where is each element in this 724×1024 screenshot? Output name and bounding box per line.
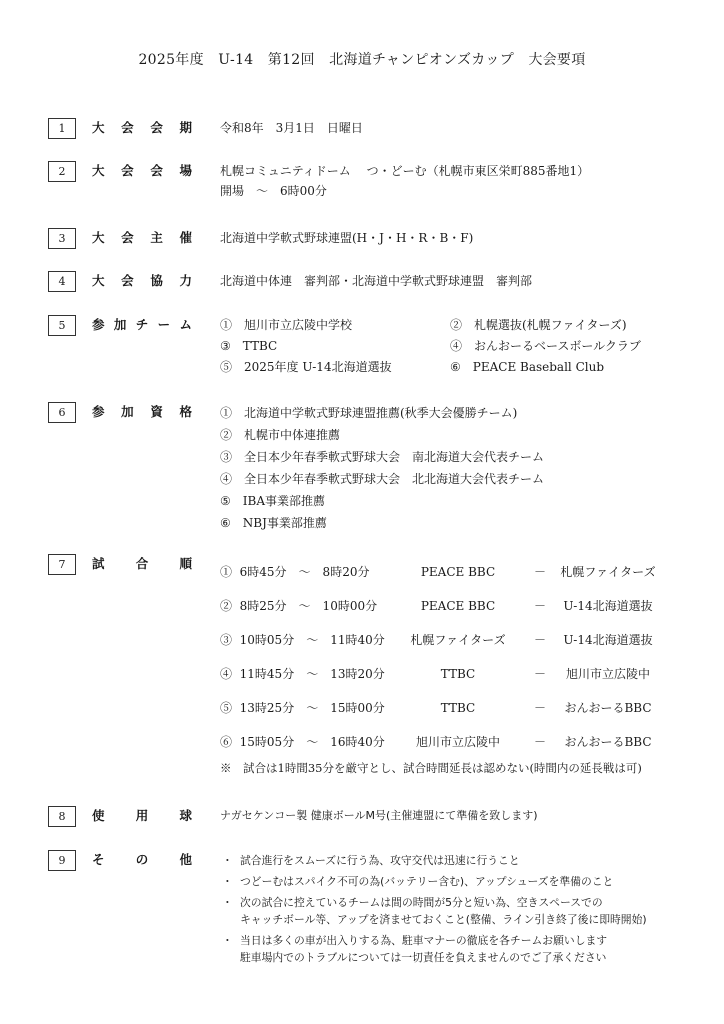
label-char: 催 [179,228,192,248]
team-item: ① 旭川市立広陵中学校 [220,315,450,336]
home-team: TTBC [408,664,508,684]
label-char: 主 [150,228,163,248]
label-char: 協 [150,271,163,291]
away-team: 旭川市立広陵中 [558,664,658,684]
label-char: 加 [121,402,134,422]
section-number: 2 [48,161,76,182]
section-number: 3 [48,228,76,249]
versus-dash: － [530,596,550,616]
label-char: 使 [92,806,105,826]
section-label: 参 加 資 格 [92,402,192,422]
label-char: 会 [121,228,134,248]
section-label: そ の 他 [92,850,192,870]
away-team: U-14北海道選抜 [558,596,658,616]
label-char: 順 [179,554,192,574]
bullet-icon: ・ [222,852,240,869]
game-time: ① 6時45分 ～ 8時20分 [220,562,369,582]
team-row: ⑤ 2025年度 U-14北海道選抜 ⑥ PEACE Baseball Club [220,357,641,378]
label-char: 格 [179,402,192,422]
label-char: 会 [150,161,163,181]
list-item: ・ 試合進行をスムーズに行う為、攻守交代は迅速に行うこと [222,852,647,869]
game-time: ③ 10時05分 ～ 11時40分 [220,630,385,650]
label-char: 大 [92,161,105,181]
list-item: ・ 次の試合に控えているチームは間の時間が5分と短い為、空きスペースでの キャッ… [222,894,647,928]
section-label: 参 加 チ ー ム [92,315,192,335]
label-char: そ [92,850,105,870]
section-label: 試 合 順 [92,554,192,574]
label-char: 加 [114,315,127,335]
label-char: 球 [179,806,192,826]
list-item: ・ 当日は多くの車が出入りする為、駐車マナーの徹底を各チームお願いします 駐車場… [222,932,647,966]
eligibility-item: ② 札幌市中体連推薦 [220,424,544,446]
list-item: ・ つどーむはスパイク不可の為(バッテリー含む)、アップシューズを準備のこと [222,873,647,890]
team-item: ② 札幌選抜(札幌ファイターズ) [450,315,627,336]
team-row: ① 旭川市立広陵中学校 ② 札幌選抜(札幌ファイターズ) [220,315,641,336]
team-item: ④ おんおーるベースボールクラブ [450,336,641,357]
ball-info: ナガセケンコー製 健康ボールM号(主催連盟にて準備を致します) [220,806,538,826]
section-content: 北海道中体連 審判部・北海道中学軟式野球連盟 審判部 [220,271,532,291]
venue-address: 札幌コミュニティドーム つ・どーむ（札幌市東区栄町885番地1） [220,161,589,181]
label-char: の [136,850,149,870]
home-team: PEACE BBC [408,562,508,582]
label-char: 会 [121,118,134,138]
cooperation-text: 北海道中体連 審判部・北海道中学軟式野球連盟 審判部 [220,271,532,291]
section-number: 9 [48,850,76,871]
label-char: 試 [92,554,105,574]
label-char: 場 [179,161,192,181]
away-team: おんおーるBBC [558,732,658,752]
versus-dash: － [530,630,550,650]
label-char: 合 [136,554,149,574]
section-number: 5 [48,315,76,336]
section-number: 1 [48,118,76,139]
section-content: 北海道中学軟式野球連盟(H・J・H・R・B・F) [220,228,473,248]
team-row: ③ TTBC ④ おんおーるベースボールクラブ [220,336,641,357]
section-number: 8 [48,806,76,827]
section-content: ナガセケンコー製 健康ボールM号(主催連盟にて準備を致します) [220,806,538,826]
away-team: 札幌ファイターズ [558,562,658,582]
label-char: 大 [92,271,105,291]
section-number: 6 [48,402,76,423]
bullet-icon: ・ [222,873,240,890]
opening-time: 開場 ～ 6時00分 [220,181,589,201]
team-list: ① 旭川市立広陵中学校 ② 札幌選抜(札幌ファイターズ) ③ TTBC ④ おん… [220,315,641,378]
label-char: 大 [92,228,105,248]
section-label: 大 会 主 催 [92,228,192,248]
eligibility-item: ⑥ NBJ事業部推薦 [220,512,544,534]
label-char: 用 [136,806,149,826]
versus-dash: － [530,698,550,718]
label-char: 会 [150,118,163,138]
home-team: 旭川市立広陵中 [408,732,508,752]
bullet-icon: ・ [222,894,240,928]
versus-dash: － [530,732,550,752]
bullet-icon: ・ [222,932,240,966]
eligibility-item: ⑤ IBA事業部推薦 [220,490,544,512]
section-content: 札幌コミュニティドーム つ・どーむ（札幌市東区栄町885番地1） 開場 ～ 6時… [220,161,589,201]
label-char: 期 [179,118,192,138]
away-team: U-14北海道選抜 [558,630,658,650]
section-number: 4 [48,271,76,292]
section-label: 大 会 会 場 [92,161,192,181]
eligibility-item: ④ 全日本少年春季軟式野球大会 北北海道大会代表チーム [220,468,544,490]
game-time: ④ 11時45分 ～ 13時20分 [220,664,385,684]
section-label: 大 会 会 期 [92,118,192,138]
label-char: 参 [92,402,105,422]
home-team: TTBC [408,698,508,718]
label-char: チ [136,315,149,335]
label-char: 大 [92,118,105,138]
label-char: 力 [179,271,192,291]
team-item: ⑥ PEACE Baseball Club [450,357,604,378]
home-team: 札幌ファイターズ [408,630,508,650]
schedule-note: ※ 試合は1時間35分を厳守とし、試合時間延長は認めない(時間内の延長戦は可) [220,760,642,776]
versus-dash: － [530,664,550,684]
label-char: ム [179,315,192,335]
label-char: 会 [121,271,134,291]
label-char: 他 [179,850,192,870]
eligibility-item: ③ 全日本少年春季軟式野球大会 南北海道大会代表チーム [220,446,544,468]
section-number: 7 [48,554,76,575]
team-item: ⑤ 2025年度 U-14北海道選抜 [220,357,450,378]
notes-list: ・ 試合進行をスムーズに行う為、攻守交代は迅速に行うこと ・ つどーむはスパイク… [222,852,647,970]
organizer-name: 北海道中学軟式野球連盟(H・J・H・R・B・F) [220,228,473,248]
away-team: おんおーるBBC [558,698,658,718]
section-label: 使 用 球 [92,806,192,826]
section-label: 大 会 協 力 [92,271,192,291]
event-date: 令和8年 3月1日 日曜日 [220,118,363,138]
home-team: PEACE BBC [408,596,508,616]
team-item: ③ TTBC [220,336,450,357]
versus-dash: － [530,562,550,582]
eligibility-item: ① 北海道中学軟式野球連盟推薦(秋季大会優勝チーム) [220,402,544,424]
label-char: ー [158,315,171,335]
section-content: 令和8年 3月1日 日曜日 [220,118,363,138]
label-char: 資 [150,402,163,422]
label-char: 会 [121,161,134,181]
game-time: ⑤ 13時25分 ～ 15時00分 [220,698,385,718]
page-title: 2025年度 U-14 第12回 北海道チャンピオンズカップ 大会要項 [0,49,724,69]
game-time: ⑥ 15時05分 ～ 16時40分 [220,732,385,752]
label-char: 参 [92,315,105,335]
section-content: ① 北海道中学軟式野球連盟推薦(秋季大会優勝チーム) ② 札幌市中体連推薦 ③ … [220,402,544,534]
game-time: ② 8時25分 ～ 10時00分 [220,596,377,616]
